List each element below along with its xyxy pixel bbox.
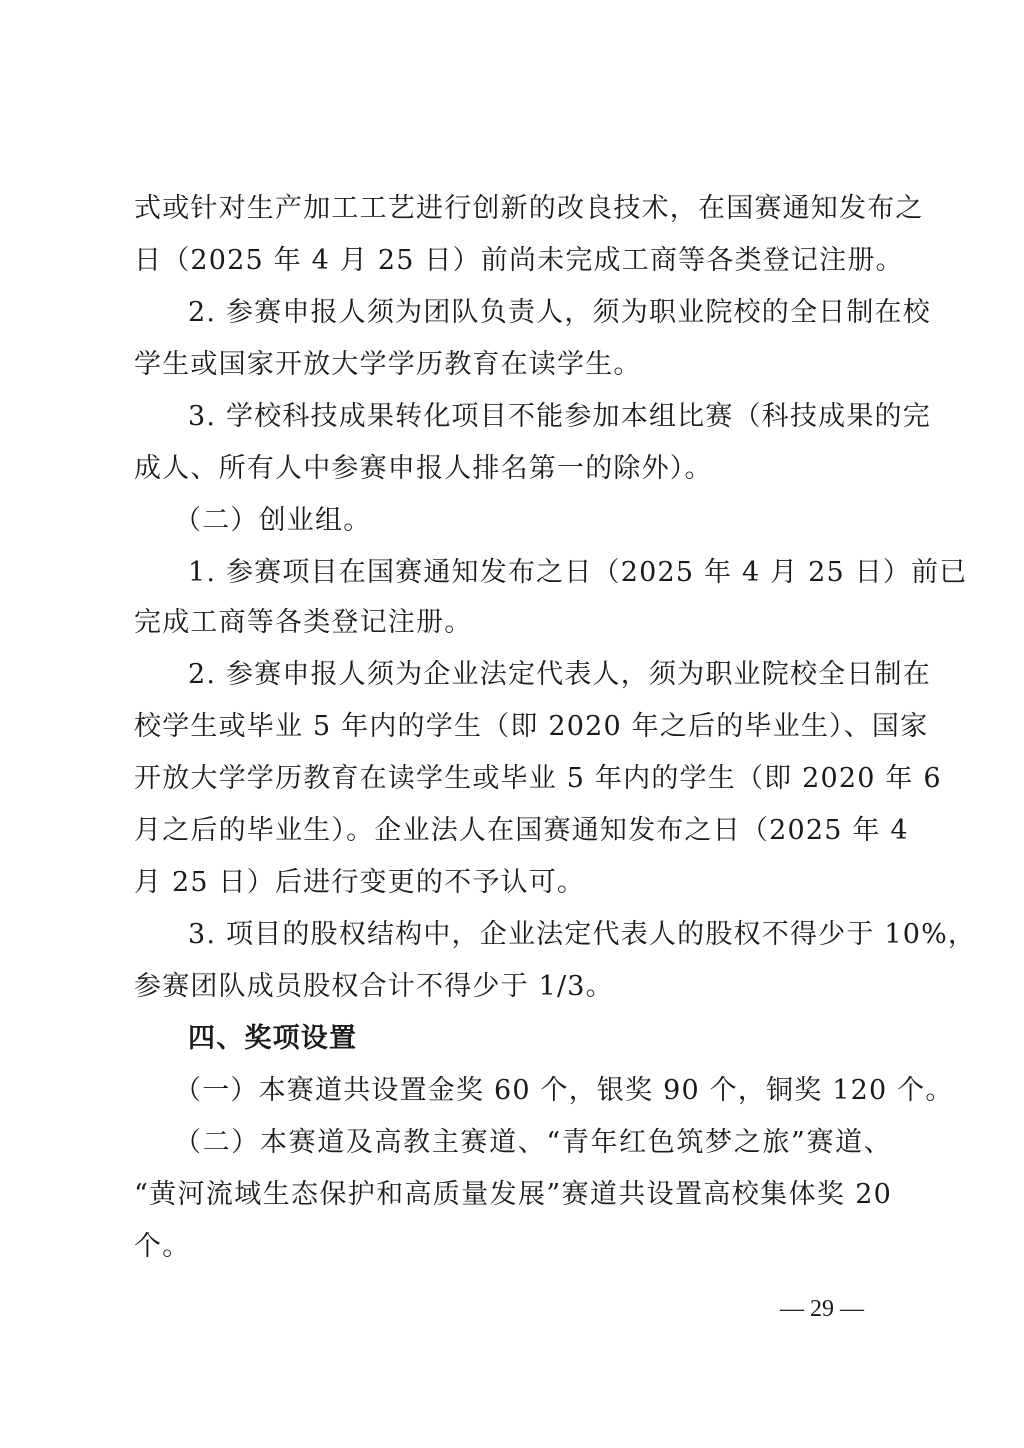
paragraph-line: “黄河流域生态保护和高质量发展”赛道共设置高校集体奖 20 (134, 1178, 892, 1212)
paragraph-line: 学生或国家开放大学学历教育在读学生。 (134, 348, 892, 382)
paragraph-line: 1. 参赛项目在国赛通知发布之日（2025 年 4 月 25 日）前已 (188, 556, 892, 590)
paragraph-line: 成人、所有人中参赛申报人排名第一的除外）。 (134, 452, 892, 486)
paragraph-line: 月 25 日）后进行变更的不予认可。 (134, 866, 892, 900)
paragraph-line: 3. 项目的股权结构中，企业法定代表人的股权不得少于 10%， (188, 918, 892, 952)
paragraph-line: 2. 参赛申报人须为团队负责人，须为职业院校的全日制在校 (188, 296, 892, 330)
paragraph-line: 个。 (134, 1230, 892, 1264)
section-heading: 四、奖项设置 (188, 1022, 892, 1056)
paragraph-line: 参赛团队成员股权合计不得少于 1/3。 (134, 970, 892, 1004)
paragraph-line: 开放大学学历教育在读学生或毕业 5 年内的学生（即 2020 年 6 (134, 762, 892, 796)
paragraph-line: （二）创业组。 (174, 504, 892, 538)
paragraph-line: 月之后的毕业生）。企业法人在国赛通知发布之日（2025 年 4 (134, 814, 892, 848)
paragraph-line: （一）本赛道共设置金奖 60 个，银奖 90 个，铜奖 120 个。 (174, 1074, 892, 1108)
paragraph-line: （二）本赛道及高教主赛道、“青年红色筑梦之旅”赛道、 (174, 1126, 892, 1160)
paragraph-line: 完成工商等各类登记注册。 (134, 606, 892, 640)
paragraph-line: 3. 学校科技成果转化项目不能参加本组比赛（科技成果的完 (188, 400, 892, 434)
paragraph-line: 校学生或毕业 5 年内的学生（即 2020 年之后的毕业生）、国家 (134, 710, 892, 744)
page-number: — 29 — (780, 1296, 864, 1323)
paragraph-line: 2. 参赛申报人须为企业法定代表人，须为职业院校全日制在 (188, 658, 892, 692)
paragraph-line: 日（2025 年 4 月 25 日）前尚未完成工商等各类登记注册。 (134, 244, 892, 278)
paragraph-line: 式或针对生产加工工艺进行创新的改良技术，在国赛通知发布之 (134, 192, 892, 226)
document-page: 式或针对生产加工工艺进行创新的改良技术，在国赛通知发布之日（2025 年 4 月… (0, 0, 1024, 1448)
